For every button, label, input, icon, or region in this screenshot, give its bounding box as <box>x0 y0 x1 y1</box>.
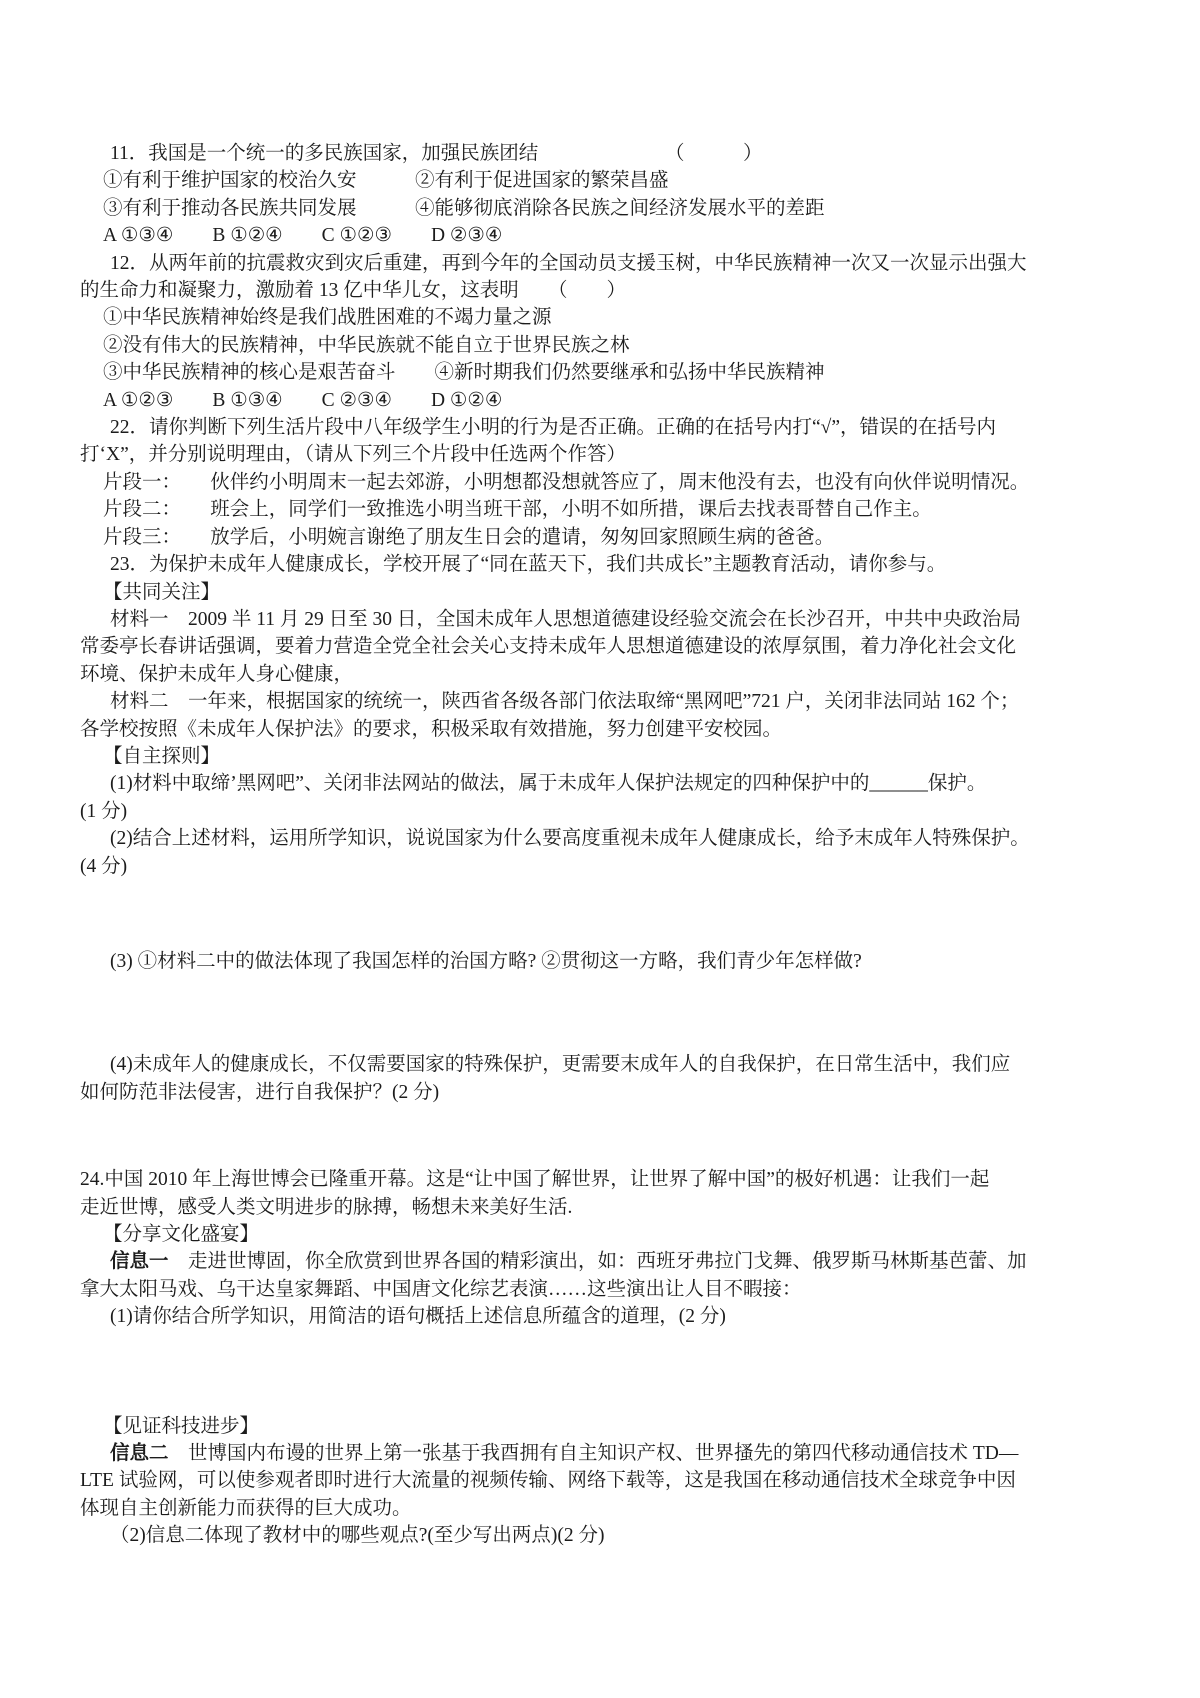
info-1-label: 信息一 <box>110 1251 169 1272</box>
q23-sub2-score: (4 分) <box>80 853 1120 880</box>
info-2-label: 信息二 <box>110 1443 169 1464</box>
q12-stem-cont: 的生命力和凝聚力，激励着 13 亿中华儿女，这表明 （ ） <box>80 277 1120 304</box>
q12-option-1: ①中华民族精神始终是我们战胜困难的不竭力量之源 <box>80 304 1120 331</box>
q23-sub4-cont: 如何防范非法侵害，进行自我保护？(2 分) <box>80 1079 1120 1106</box>
q11-answer-choices: A ①③④ B ①②④ C ①②③ D ②③④ <box>80 222 1120 249</box>
q11-stem: 11．我国是一个统一的多民族国家，加强民族团结 （ ） <box>80 140 1120 167</box>
q24-sub2: （2)信息二体现了教材中的哪些观点?(至少写出两点)(2 分) <box>80 1522 1120 1549</box>
section-heading-culture-feast: 【分享文化盛宴】 <box>80 1221 1120 1248</box>
answer-space <box>80 1106 1120 1166</box>
q12-option-2: ②没有伟大的民族精神，中华民族就不能自立于世界民族之林 <box>80 332 1120 359</box>
q11-options-3-4: ③有利于推动各民族共同发展 ④能够彻底消除各民族之间经济发展水平的差距 <box>80 195 1120 222</box>
q12-options-3-4: ③中华民族精神的核心是艰苦奋斗 ④新时期我们仍然要继承和弘扬中华民族精神 <box>80 359 1120 386</box>
info-1-text: 走进世博固，你全欣赏到世界各国的精彩演出，如：西班牙弗拉门戈舞、俄罗斯马林斯基芭… <box>169 1251 1027 1272</box>
q12-answer-choices: A ①②③ B ①③④ C ②③④ D ①②④ <box>80 387 1120 414</box>
q23-sub2: (2)结合上述材料，运用所学知识，说说国家为什么要高度重视未成年人健康成长，给予… <box>80 825 1120 852</box>
q23-material-1: 材料一 2009 半 11 月 29 日至 30 日，全国未成年人思想道德建设经… <box>80 606 1120 633</box>
answer-space <box>80 880 1120 948</box>
q24-info-2-cont-2: 体现自主创新能力而获得的巨大成功。 <box>80 1495 1120 1522</box>
q11-options-1-2: ①有利于维护国家的校治久安 ②有利于促进国家的繁荣昌盛 <box>80 167 1120 194</box>
q22-fragment-1: 片段一： 伙伴约小明周末一起去郊游，小明想都没想就答应了，周末他没有去，也没有向… <box>80 469 1120 496</box>
answer-space <box>80 1331 1120 1413</box>
q23-material-2-cont: 各学校按照《未成年人保护法》的要求，积极采取有效措施，努力创建平安校园。 <box>80 716 1120 743</box>
q23-material-1-cont-1: 常委亭长春讲话强调，要着力营造全党全社会关心支持未成年人思想道德建设的浓厚氛围，… <box>80 633 1120 660</box>
q24-sub1: (1)请你结合所学知识，用简洁的语句概括上述信息所蕴含的道理，(2 分) <box>80 1303 1120 1330</box>
q22-fragment-2: 片段二： 班会上，同学们一致推选小明当班干部，小明不如所措，课后去找表哥替自己作… <box>80 496 1120 523</box>
q24-info-2: 信息二 世博国内布谩的世界上第一张基于我酉拥有自主知识产权、世界搔先的第四代移动… <box>80 1440 1120 1467</box>
info-2-text: 世博国内布谩的世界上第一张基于我酉拥有自主知识产权、世界搔先的第四代移动通信技术… <box>169 1443 1019 1464</box>
section-heading-self-explore: 【自主探则】 <box>80 743 1120 770</box>
exam-paper-page: 11．我国是一个统一的多民族国家，加强民族团结 （ ） ①有利于维护国家的校治久… <box>0 0 1200 1698</box>
q23-sub4: (4)未成年人的健康成长，不仅需要国家的特殊保护，更需要末成年人的自我保护，在日… <box>80 1051 1120 1078</box>
section-heading-common-concern: 【共同关注】 <box>80 579 1120 606</box>
q22-stem: 22．请你判断下列生活片段中八年级学生小明的行为是否正确。正确的在括号内打“√”… <box>80 414 1120 441</box>
q24-stem: 24.中国 2010 年上海世博会已隆重开幕。这是“让中国了解世界，让世界了解中… <box>80 1166 1120 1193</box>
q23-sub1-with-answer-blank: (1)材料中取缔’黑网吧”、关闭非法网站的做法，属于未成年人保护法规定的四种保护… <box>80 770 1120 797</box>
q22-stem-cont: 打‘X”，并分别说明理由，（请从下列三个片段中任选两个作答） <box>80 441 1120 468</box>
q23-material-1-cont-2: 环境、保护未成年人身心健康， <box>80 661 1120 688</box>
q23-stem: 23．为保护未成年人健康成长，学校开展了“同在蓝天下，我们共成长”主题教育活动，… <box>80 551 1120 578</box>
section-heading-tech-progress: 【见证科技进步】 <box>80 1413 1120 1440</box>
q23-material-2: 材料二 一年来，根据国家的统统一，陕西省各级各部门依法取缔“黑网吧”721 户，… <box>80 688 1120 715</box>
q22-fragment-3: 片段三： 放学后，小明婉言谢绝了朋友生日会的遣请，匆匆回家照顾生病的爸爸。 <box>80 524 1120 551</box>
q23-sub1-score: (1 分) <box>80 798 1120 825</box>
q24-info-1-cont: 拿大太阳马戏、乌干达皇家舞蹈、中国唐文化综艺表演……这些演出让人目不暇接： <box>80 1276 1120 1303</box>
q24-info-1: 信息一 走进世博固，你全欣赏到世界各国的精彩演出，如：西班牙弗拉门戈舞、俄罗斯马… <box>80 1248 1120 1275</box>
q12-stem: 12．从两年前的抗震救灾到灾后重建，再到今年的全国动员支援玉树，中华民族精神一次… <box>80 250 1120 277</box>
answer-space <box>80 975 1120 1051</box>
q24-info-2-cont-1: LTE 试验网，可以使参观者即时进行大流量的视频传输、网络下载等，这是我国在移动… <box>80 1467 1120 1494</box>
q24-stem-cont: 走近世博，感受人类文明进步的脉搏，畅想未来美好生活. <box>80 1194 1120 1221</box>
q23-sub3: (3) ①材料二中的做法体现了我国怎样的治国方略? ②贯彻这一方略，我们青少年怎… <box>80 948 1120 975</box>
